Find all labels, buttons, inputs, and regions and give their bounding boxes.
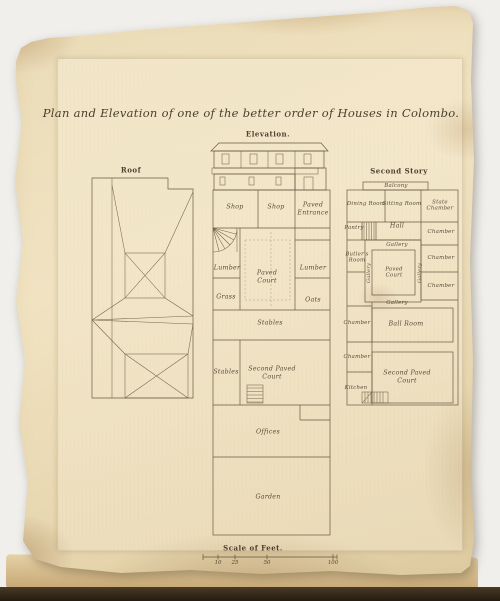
room-label-balcony: Balcony <box>384 183 407 189</box>
room-label-gallery-bottom: Gallery <box>386 300 408 306</box>
room-label-grass: Grass <box>216 294 236 301</box>
room-label-kitchen: Kitchen <box>345 385 368 391</box>
room-label-ball-room: Ball Room <box>389 321 424 328</box>
room-label-second-paved-court-2: Second Paved Court <box>383 369 431 384</box>
scale-tick-100: 100 <box>328 560 338 566</box>
room-label-dining-room: Dining Room <box>347 201 385 207</box>
room-label-gallery-left: Gallery <box>366 263 372 283</box>
room-label-paved-court: Paved Court <box>253 269 281 284</box>
room-label-lumber-left: Lumber <box>214 265 240 272</box>
elevation-title: Elevation. <box>246 130 290 139</box>
room-label-chamber-1: Chamber <box>428 229 455 235</box>
roof-plan-title: Roof <box>121 166 141 175</box>
room-label-hall: Hall <box>390 223 404 230</box>
room-label-shop-left: Shop <box>226 204 243 211</box>
room-label-pantry: Pantry <box>344 225 363 231</box>
room-label-offices: Offices <box>256 429 280 436</box>
room-label-sitting-room: Sitting Room <box>383 201 422 207</box>
room-label-shop-right: Shop <box>267 204 284 211</box>
room-label-stables-left: Stables <box>213 369 238 376</box>
scale-tick-25: 25 <box>232 560 239 566</box>
room-label-gallery-right: Gallery <box>417 263 423 283</box>
roof-plan-drawing <box>86 174 198 402</box>
plate-title: Plan and Elevation of one of the better … <box>43 106 459 120</box>
room-label-state-chamber: State Chamber <box>426 200 454 213</box>
scale-tick-10: 10 <box>215 560 222 566</box>
room-label-chamber-4: Chamber <box>344 320 371 326</box>
room-label-gallery-top: Gallery <box>386 242 408 248</box>
second-story-title: Second Story <box>370 167 428 176</box>
room-label-paved-entrance: Paved Entrance <box>296 201 330 216</box>
room-label-chamber-3: Chamber <box>428 283 455 289</box>
room-label-chamber-2: Chamber <box>428 255 455 261</box>
room-label-stables: Stables <box>257 320 282 327</box>
room-label-paved-court-2: Paved Court <box>381 267 407 280</box>
room-label-oats: Oats <box>305 297 321 304</box>
room-label-garden: Garden <box>255 494 280 501</box>
room-label-second-paved-court: Second Paved Court <box>246 365 298 380</box>
scale-tick-50: 50 <box>264 560 271 566</box>
room-label-chamber-5: Chamber <box>344 354 371 360</box>
scale-bar-label: Scale of Feet. <box>223 544 283 553</box>
room-label-lumber-right: Lumber <box>300 265 326 272</box>
scanned-plate-page: Plan and Elevation of one of the better … <box>0 0 500 601</box>
ground-plan-drawing <box>205 140 335 540</box>
